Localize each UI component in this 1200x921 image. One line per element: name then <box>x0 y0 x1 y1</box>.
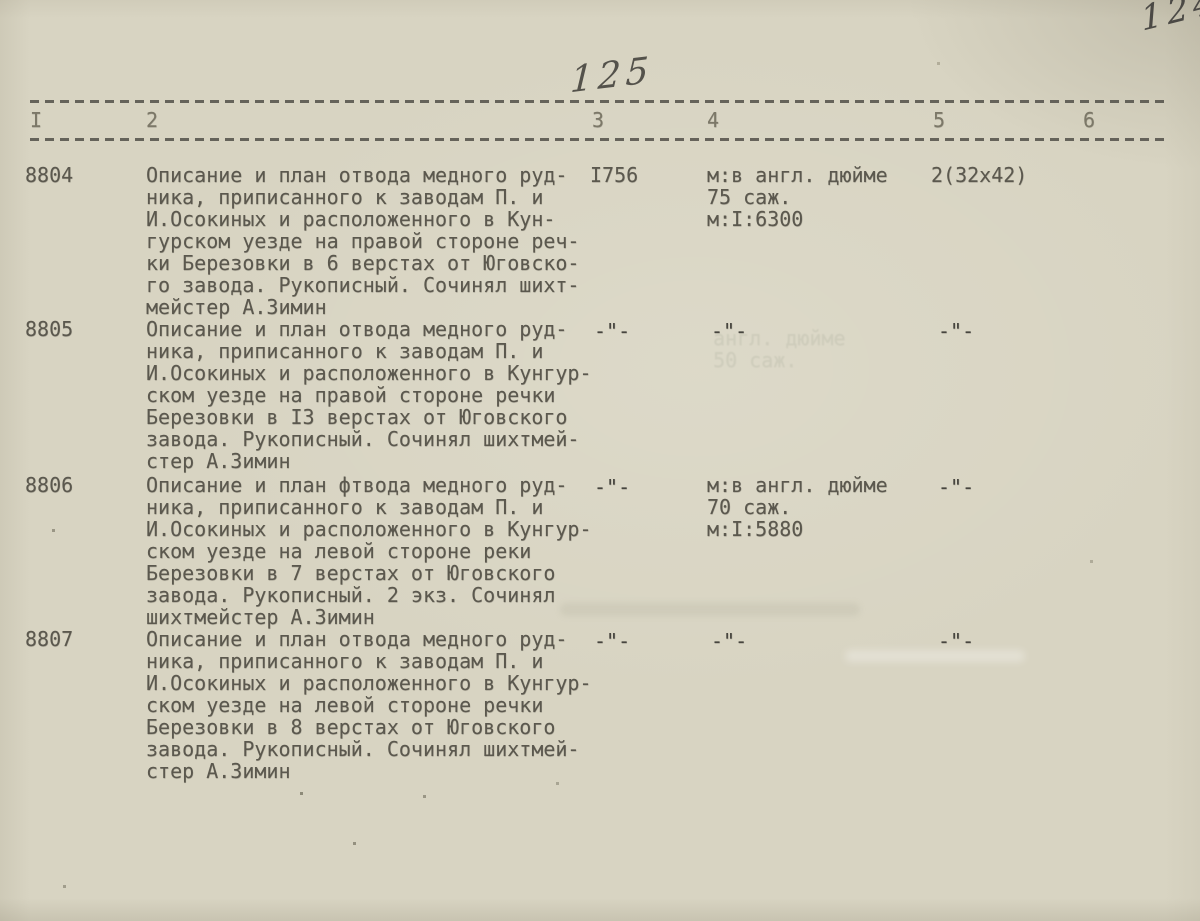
bleedthrough-line: 50 саж. <box>713 349 845 371</box>
entry-date: I756 <box>590 164 690 186</box>
handwritten-page-number-corner: 124 <box>1139 0 1200 40</box>
entry-number: 8805 <box>25 318 95 340</box>
entry-description: Описание и план отвода медного руд- ника… <box>146 318 606 472</box>
header-dashed-rule-top <box>30 100 1170 103</box>
scanned-archive-page: { "page": { "center_page_number": "125",… <box>0 0 1200 921</box>
bleedthrough-text: англ. дюйме 50 саж. <box>713 327 845 371</box>
handwritten-page-number-center: 125 <box>569 50 654 102</box>
bleedthrough-smudge <box>560 603 860 616</box>
column-header-4: 4 <box>707 109 719 131</box>
entry-date-ditto: -"- <box>594 476 630 498</box>
column-header-5: 5 <box>933 109 945 131</box>
entry-date-ditto: -"- <box>594 630 630 652</box>
column-header-1: I <box>30 109 42 131</box>
entry-description: Описание и план фтвода медного руд- ника… <box>146 474 606 628</box>
header-dashed-rule-bottom <box>30 138 1170 141</box>
entry-number: 8807 <box>25 628 95 650</box>
entry-date-ditto: -"- <box>594 320 630 342</box>
entry-description: Описание и план отвода медного руд- ника… <box>146 628 606 782</box>
entry-size-ditto: -"- <box>938 476 974 498</box>
entry-size: 2(32х42) <box>931 164 1051 186</box>
entry-size-ditto: -"- <box>938 630 974 652</box>
entry-size-ditto: -"- <box>938 320 974 342</box>
column-header-6: 6 <box>1083 109 1095 131</box>
entry-description: Описание и план отвода медного руд- ника… <box>146 164 606 318</box>
entry-scale: м:в англ. дюйме 70 саж. м:I:5880 <box>707 474 917 540</box>
paper-shine-streak <box>845 650 1025 662</box>
entry-number: 8806 <box>25 474 95 496</box>
entry-scale-ditto: -"- <box>711 630 747 652</box>
bleedthrough-line: англ. дюйме <box>713 327 845 349</box>
column-header-2: 2 <box>146 109 158 131</box>
paper-specks <box>0 0 3 3</box>
entry-number: 8804 <box>25 164 95 186</box>
column-header-3: 3 <box>592 109 604 131</box>
entry-scale: м:в англ. дюйме 75 саж. м:I:6300 <box>707 164 917 230</box>
